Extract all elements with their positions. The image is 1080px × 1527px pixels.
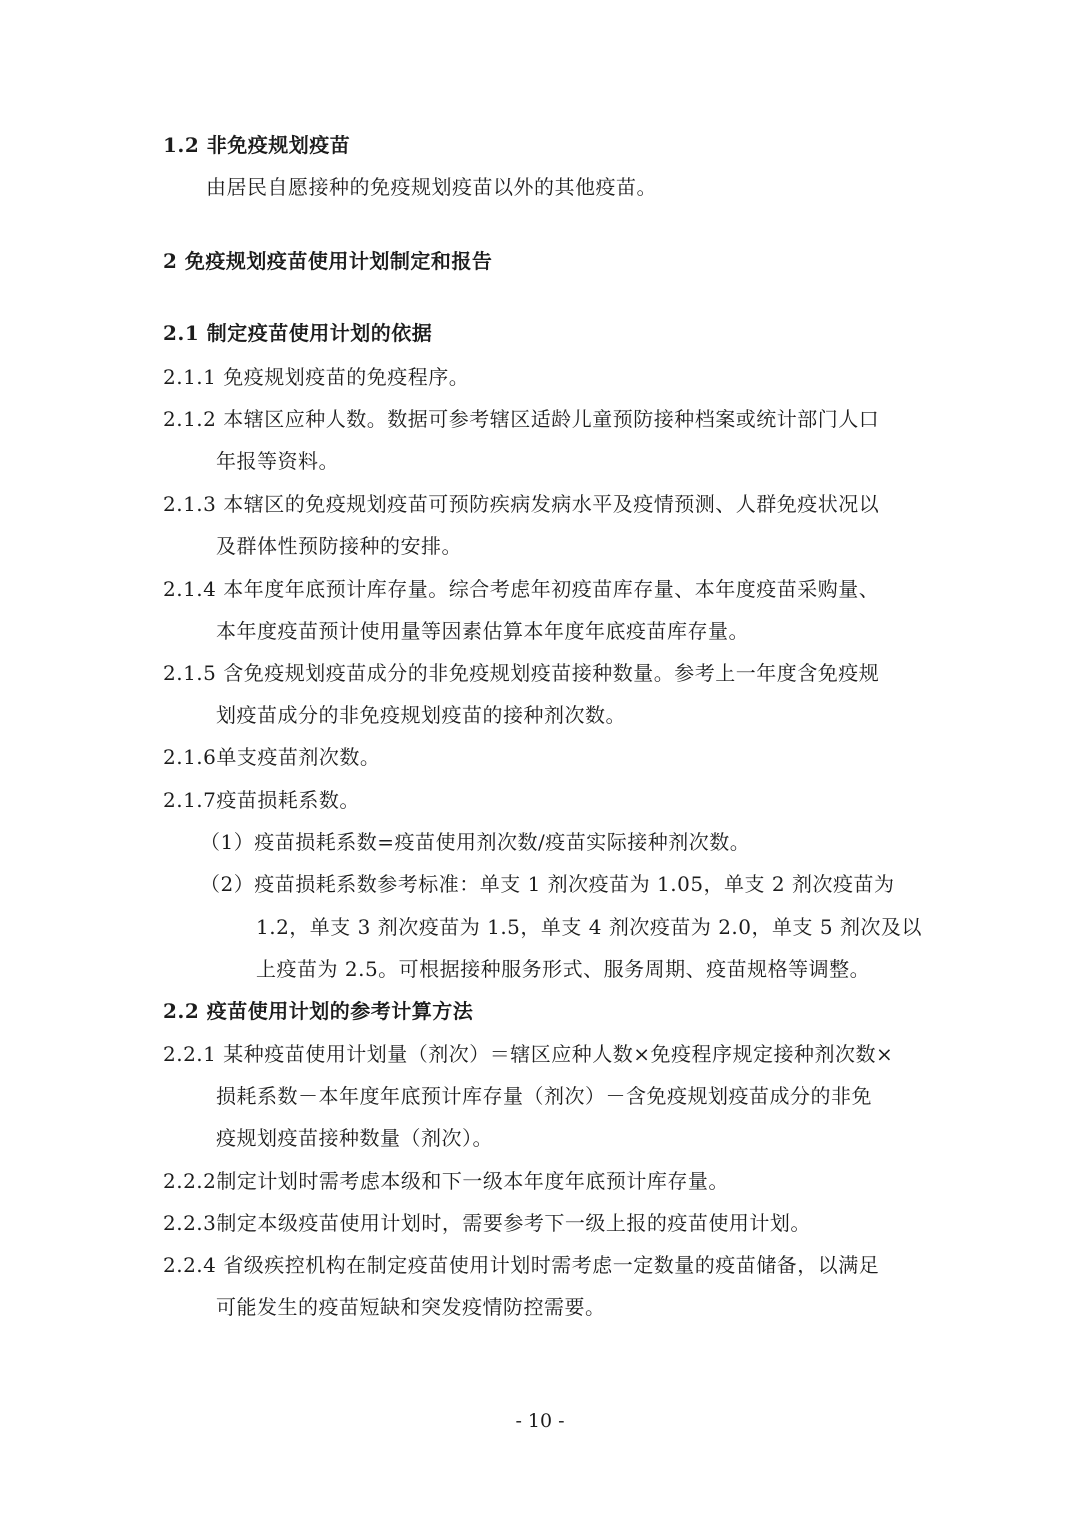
- item-2-2-1-cont-1: 损耗系数－本年度年底预计库存量（剂次）－含免疫规划疫苗成分的非免: [216, 1081, 872, 1111]
- item-number: 2.1.5: [163, 661, 216, 685]
- item-number: 2.1.4: [163, 577, 216, 601]
- item-number: 2.2.3: [163, 1211, 216, 1235]
- item-text: 免疫规划疫苗的免疫程序。: [223, 365, 469, 389]
- document-page: 1.2 非免疫规划疫苗 由居民自愿接种的免疫规划疫苗以外的其他疫苗。 2 免疫规…: [0, 0, 1080, 1527]
- item-2-1-4-cont: 本年度疫苗预计使用量等因素估算本年度年底疫苗库存量。: [216, 616, 749, 646]
- item-text: 本年度年底预计库存量。综合考虑年初疫苗库存量、本年度疫苗采购量、: [223, 577, 879, 601]
- item-2-2-3: 2.2.3制定本级疫苗使用计划时，需要参考下一级上报的疫苗使用计划。: [163, 1208, 811, 1238]
- sub-item-2-cont-1: 1.2，单支 3 剂次疫苗为 1.5，单支 4 剂次疫苗为 2.0，单支 5 剂…: [256, 912, 922, 942]
- item-text: 疫苗损耗系数。: [216, 788, 360, 812]
- item-text: 制定计划时需考虑本级和下一级本年度年底预计库存量。: [216, 1169, 729, 1193]
- item-2-1-6: 2.1.6单支疫苗剂次数。: [163, 742, 380, 772]
- item-text: 单支疫苗剂次数。: [216, 745, 380, 769]
- item-text: 制定本级疫苗使用计划时，需要参考下一级上报的疫苗使用计划。: [216, 1211, 811, 1235]
- sub-item-2-cont-2: 上疫苗为 2.5。可根据接种服务形式、服务周期、疫苗规格等调整。: [256, 954, 870, 984]
- page-number: - 10 -: [0, 1410, 1080, 1432]
- item-2-2-1: 2.2.1 某种疫苗使用计划量（剂次）＝辖区应种人数×免疫程序规定接种剂次数×: [163, 1039, 893, 1069]
- item-2-1-5: 2.1.5 含免疫规划疫苗成分的非免疫规划疫苗接种数量。参考上一年度含免疫规: [163, 658, 879, 688]
- sub-item-1: （1）疫苗损耗系数=疫苗使用剂次数/疫苗实际接种剂次数。: [200, 827, 750, 857]
- item-2-1-2-cont: 年报等资料。: [216, 446, 339, 476]
- item-number: 2.1.1: [163, 365, 216, 389]
- paragraph-1-2: 由居民自愿接种的免疫规划疫苗以外的其他疫苗。: [206, 172, 657, 202]
- item-number: 2.1.3: [163, 492, 216, 516]
- item-2-1-1: 2.1.1 免疫规划疫苗的免疫程序。: [163, 362, 469, 392]
- heading-2-2: 2.2 疫苗使用计划的参考计算方法: [163, 996, 473, 1026]
- sub-item-text: 疫苗损耗系数参考标准：单支 1 剂次疫苗为 1.05，单支 2 剂次疫苗为: [254, 872, 894, 896]
- item-2-2-4-cont: 可能发生的疫苗短缺和突发疫情防控需要。: [216, 1292, 606, 1322]
- item-2-1-7: 2.1.7疫苗损耗系数。: [163, 785, 360, 815]
- sub-item-text: 疫苗损耗系数=疫苗使用剂次数/疫苗实际接种剂次数。: [254, 830, 750, 854]
- item-number: 2.1.6: [163, 745, 216, 769]
- item-2-1-5-cont: 划疫苗成分的非免疫规划疫苗的接种剂次数。: [216, 700, 626, 730]
- item-number: 2.2.2: [163, 1169, 216, 1193]
- item-number: 2.1.2: [163, 407, 216, 431]
- item-number: 2.2.4: [163, 1253, 216, 1277]
- sub-item-number: （2）: [200, 872, 254, 896]
- item-text: 本辖区的免疫规划疫苗可预防疾病发病水平及疫情预测、人群免疫状况以: [223, 492, 879, 516]
- item-number: 2.1.7: [163, 788, 216, 812]
- sub-item-2: （2）疫苗损耗系数参考标准：单支 1 剂次疫苗为 1.05，单支 2 剂次疫苗为: [200, 869, 895, 899]
- sub-item-number: （1）: [200, 830, 254, 854]
- item-number: 2.2.1: [163, 1042, 216, 1066]
- item-2-2-4: 2.2.4 省级疾控机构在制定疫苗使用计划时需考虑一定数量的疫苗储备，以满足: [163, 1250, 879, 1280]
- item-2-1-4: 2.1.4 本年度年底预计库存量。综合考虑年初疫苗库存量、本年度疫苗采购量、: [163, 574, 879, 604]
- item-2-2-2: 2.2.2制定计划时需考虑本级和下一级本年度年底预计库存量。: [163, 1166, 729, 1196]
- item-text: 本辖区应种人数。数据可参考辖区适龄儿童预防接种档案或统计部门人口: [223, 407, 879, 431]
- item-2-1-3: 2.1.3 本辖区的免疫规划疫苗可预防疾病发病水平及疫情预测、人群免疫状况以: [163, 489, 879, 519]
- item-2-1-2: 2.1.2 本辖区应种人数。数据可参考辖区适龄儿童预防接种档案或统计部门人口: [163, 404, 879, 434]
- heading-2: 2 免疫规划疫苗使用计划制定和报告: [163, 246, 492, 276]
- item-text: 含免疫规划疫苗成分的非免疫规划疫苗接种数量。参考上一年度含免疫规: [223, 661, 879, 685]
- item-text: 某种疫苗使用计划量（剂次）＝辖区应种人数×免疫程序规定接种剂次数×: [223, 1042, 893, 1066]
- item-2-2-1-cont-2: 疫规划疫苗接种数量（剂次）。: [216, 1123, 493, 1153]
- item-text: 省级疾控机构在制定疫苗使用计划时需考虑一定数量的疫苗储备，以满足: [223, 1253, 879, 1277]
- heading-2-1: 2.1 制定疫苗使用计划的依据: [163, 318, 432, 348]
- item-2-1-3-cont: 及群体性预防接种的安排。: [216, 531, 462, 561]
- heading-1-2: 1.2 非免疫规划疫苗: [163, 130, 350, 160]
